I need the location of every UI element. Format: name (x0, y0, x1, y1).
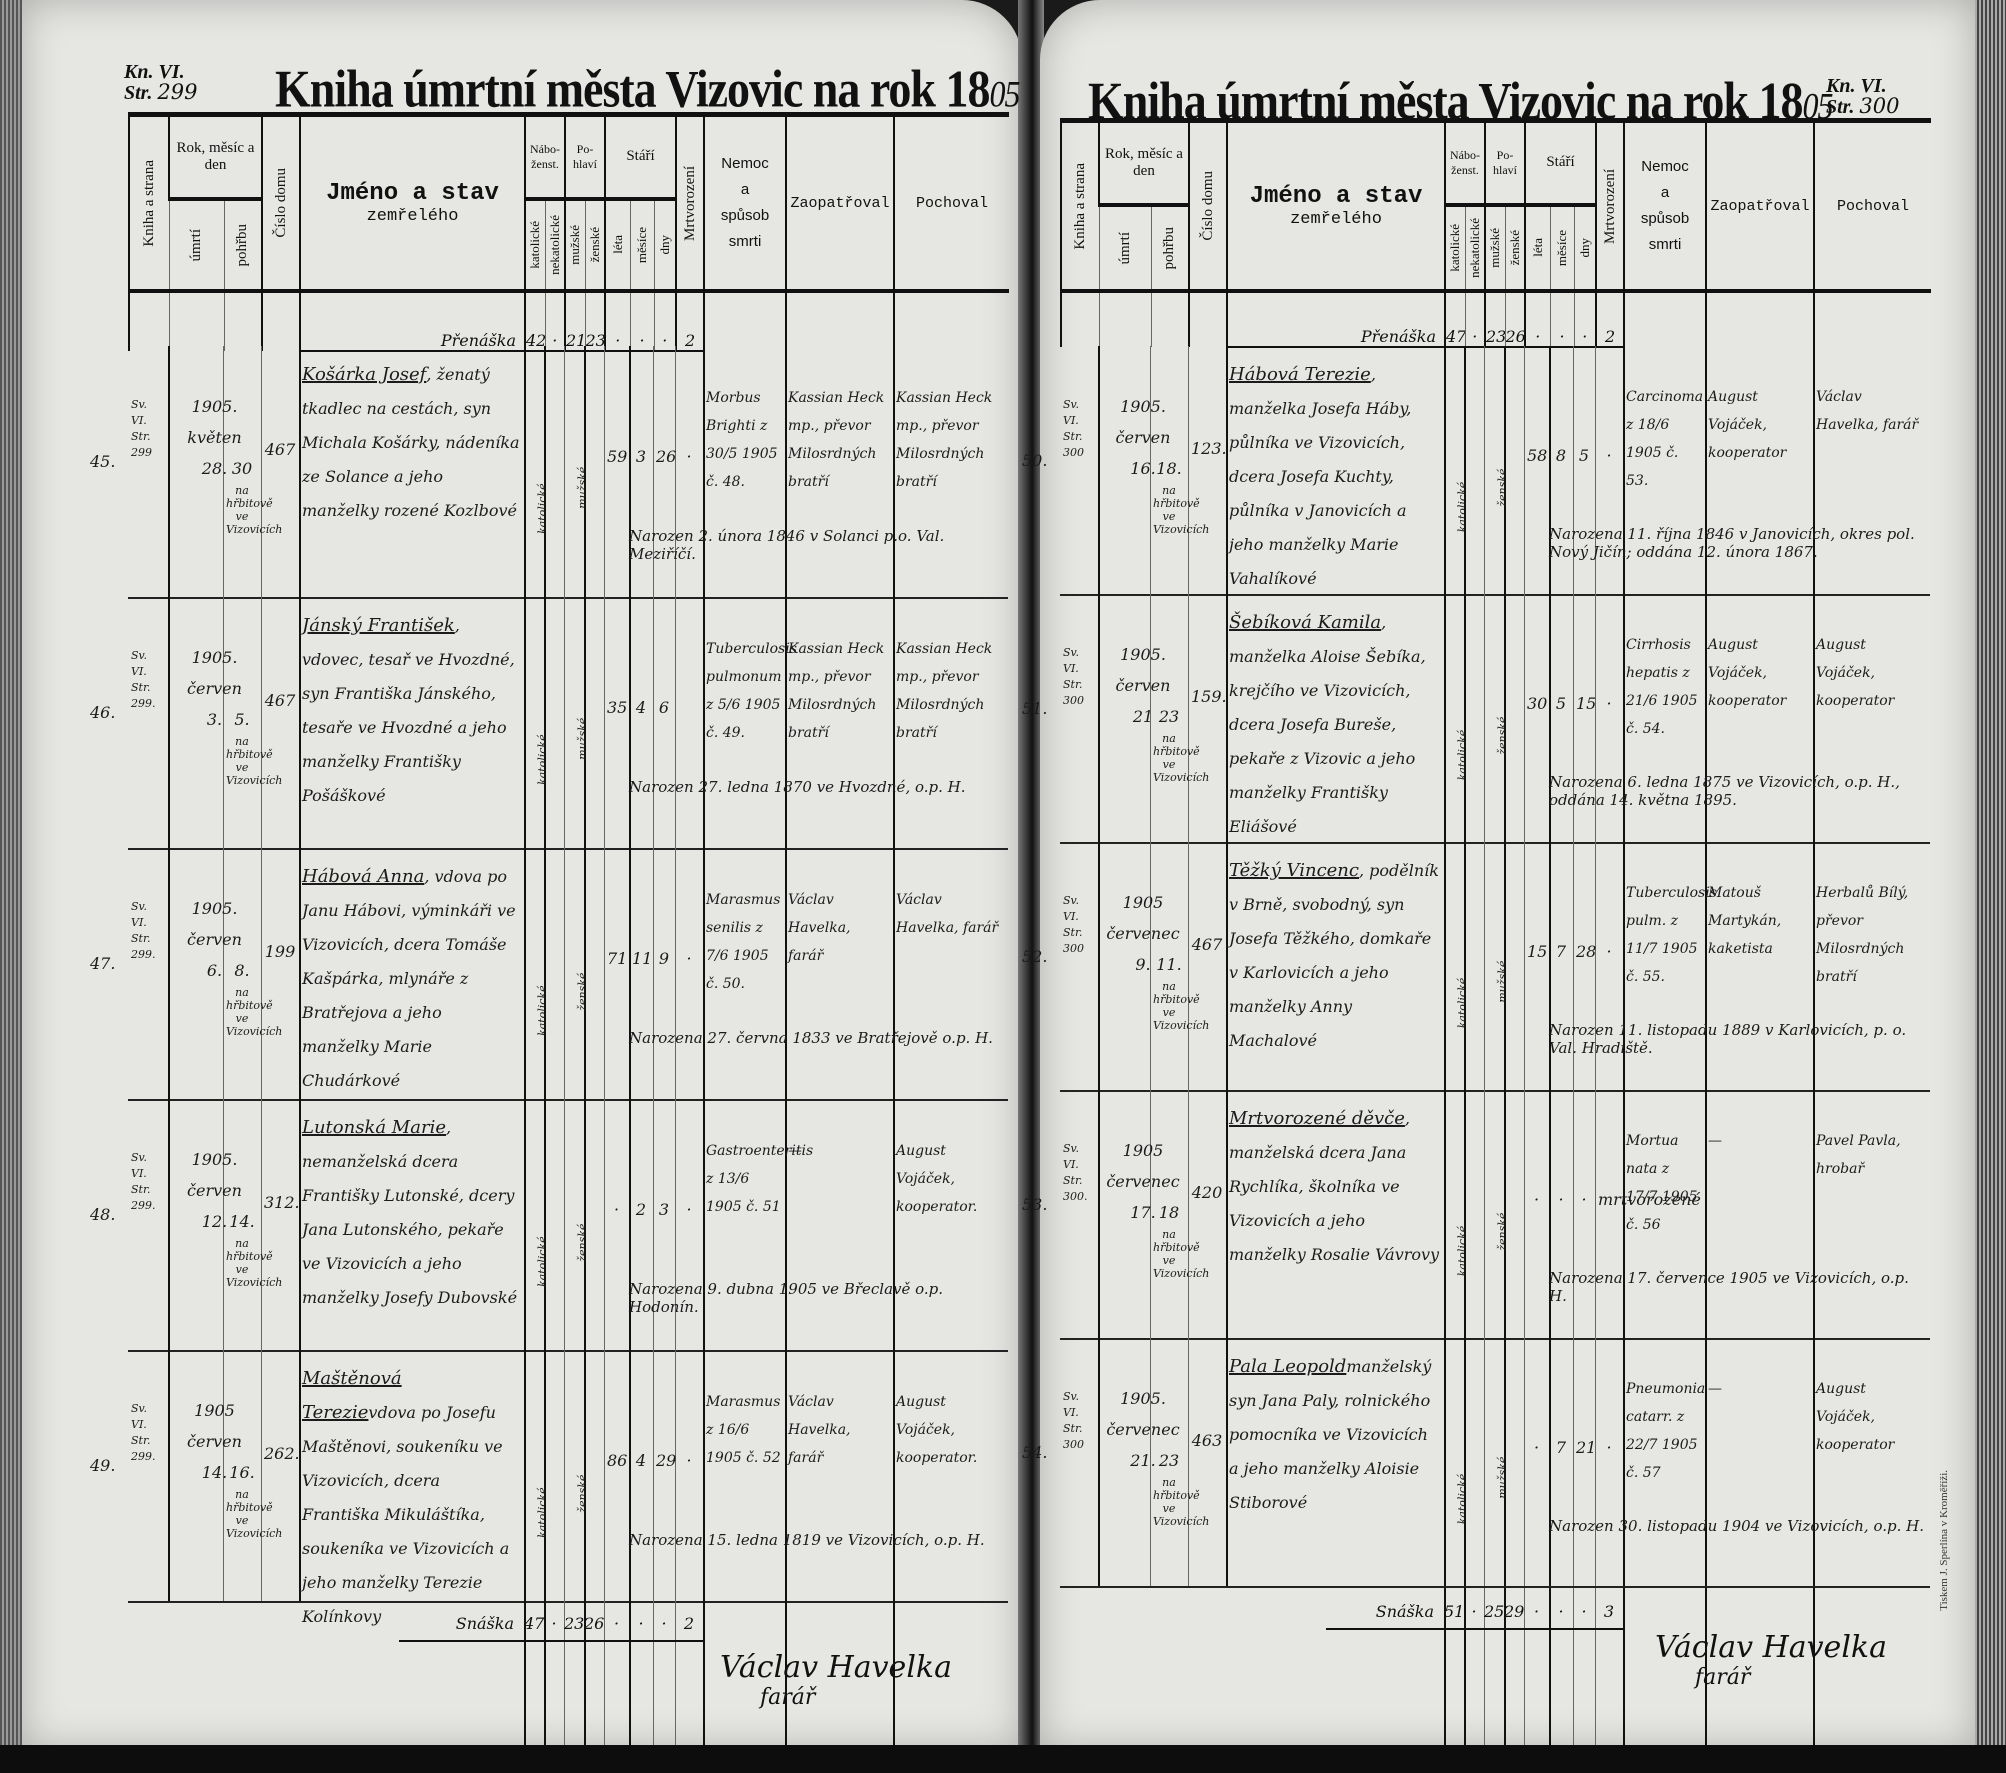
header-catholic: katolické (1447, 224, 1463, 272)
entry-cause: Pneumonia catarr. z 22/7 1905 č. 57 (1626, 1381, 1705, 1481)
entry-name: Těžký Vincenc (1229, 860, 1359, 881)
entry-religion: katolické (536, 986, 549, 1037)
header-provided: Zaopatřoval (786, 115, 894, 292)
header-burial: pohřbu (1161, 227, 1178, 270)
entry-age-years: 30 (1527, 694, 1547, 713)
entry-age-years: 86 (607, 1451, 627, 1470)
total-muzske: 23 (564, 1614, 584, 1633)
entry-stillborn: · (686, 1200, 691, 1219)
page-shadow (0, 1745, 2006, 1773)
header-provided: Zaopatřoval (1706, 121, 1814, 292)
entry-burial-day: 18 (1159, 1203, 1179, 1222)
entry-birth-note: Narozen 2. února 1846 v Solanci p.o. Val… (629, 527, 1008, 563)
entry-buried-by: Herbalů Bílý, převor Milosrdných bratří (1816, 885, 1908, 985)
entry-burial-place: na hřbitově ve Vizovicích (1153, 732, 1209, 784)
entry-provided-by: — (788, 1143, 802, 1159)
total-dny: · (653, 1614, 675, 1633)
entry-age-months: 4 (636, 698, 646, 717)
header-years: léta (610, 235, 626, 254)
entry-buried-by: Pavel Pavla, hrobař (1816, 1133, 1901, 1177)
entry-sex: mužské (1496, 1457, 1509, 1499)
entry-death-day: 28. (202, 459, 227, 478)
entry-death-day: 6. (207, 961, 222, 980)
total-mrtvorozeni: 3 (1595, 1602, 1623, 1621)
entry-house-number: 467 (265, 691, 296, 710)
carried-forward-label: Přenáška (300, 291, 525, 351)
entry-book-ref: Sv. VI. Str. 299. (131, 1151, 156, 1212)
header-date-group: Rok, měsíc a den (1099, 121, 1189, 205)
header-religion-group: Nábo- ženst. (525, 115, 565, 199)
entry-house-number: 467 (265, 440, 296, 459)
total-muzske: 25 (1484, 1602, 1504, 1621)
entry-provided-by: — (1708, 1381, 1722, 1397)
entry-religion: katolické (1456, 1225, 1469, 1276)
page-ref-label: Str. (1826, 96, 1854, 118)
entry-birth-note: Narozena 17. července 1905 ve Vizovicích… (1549, 1269, 1930, 1305)
entry-number: 54. (1022, 1443, 1047, 1462)
page-number: 299 (157, 80, 197, 104)
page-ref-label: Str. (124, 82, 152, 104)
entry-religion: katolické (1456, 977, 1469, 1028)
entry-death-day: 16. (1130, 459, 1155, 478)
header-stillborn: Mrtvorození (1602, 169, 1619, 244)
entry-name: Pala Leopold (1229, 1356, 1346, 1377)
entry-religion: katolické (536, 484, 549, 535)
entry-age-months: 5 (1556, 694, 1566, 713)
entry-birth-note: Narozena 6. ledna 1875 ve Vizovicích, o.… (1549, 773, 1930, 809)
entry-age-days: 5 (1579, 446, 1589, 465)
entry-age-days: 26 (656, 447, 676, 466)
entry-age-days: · (1581, 1190, 1586, 1209)
entry-status: , manželka Josefa Háby, půlníka ve Vizov… (1229, 365, 1411, 588)
entry-age-years: 59 (607, 447, 627, 466)
entry-number: 48. (90, 1205, 115, 1224)
header-age-group: Stáří (1525, 121, 1596, 205)
entry-death-day: 21. (1130, 1451, 1155, 1470)
entry-age-days: 3 (659, 1200, 669, 1219)
entry-cause: Carcinoma z 18/6 1905 č. 53. (1626, 389, 1703, 489)
entry-book-ref: Sv. VI. Str. 300 (1063, 646, 1084, 707)
entry-name: Hábová Terezie (1229, 364, 1371, 385)
book-ref: Kn. VI. (124, 62, 197, 82)
entry-sex: ženské (576, 1224, 589, 1262)
header-days: dny (657, 235, 673, 255)
entry-status: , vdova po Janu Hábovi, výminkáři ve Viz… (302, 867, 516, 1090)
header-cause: Nemoc (705, 151, 785, 177)
entry-house-number: 123. (1191, 439, 1227, 458)
entry-sex: ženské (1496, 469, 1509, 507)
entry-name: Šebíková Kamila (1229, 612, 1381, 633)
total-mesice: · (1549, 1602, 1573, 1621)
carried-forward-row: Přenáška 42 · 21 23 · · · 2 (129, 291, 1009, 351)
entry-age-days: 6 (659, 698, 669, 717)
entry-provided-by: — (1708, 1133, 1722, 1149)
total-leta: · (604, 1614, 629, 1633)
total-mesice: · (629, 1614, 653, 1633)
entry-house-number: 420 (1192, 1183, 1223, 1202)
entry-status: , nemanželská dcera Františky Lutonské, … (302, 1118, 517, 1307)
header-house: Číslo domu (1200, 171, 1217, 241)
entry-religion: katolické (1456, 729, 1469, 780)
entry-status: , ženatý tkadlec na cestách, syn Michala… (302, 365, 520, 520)
entry-buried-by: Václav Havelka, farář (1816, 389, 1918, 433)
register-entry: 50.Sv. VI. Str. 3001905.červen16.18.na h… (1060, 346, 1930, 596)
entry-death-day: 21 (1133, 707, 1153, 726)
entry-burial-place: na hřbitově ve Vizovicích (226, 1237, 282, 1289)
right-register-table: Kniha a strana Rok, měsíc a den Číslo do… (1060, 118, 1931, 348)
entry-age-years: 35 (607, 698, 627, 717)
entry-cause: Cirrhosis hepatis z 21/6 1905 č. 54. (1626, 637, 1698, 737)
entry-status: , manželka Aloise Šebíka, krejčího ve Vi… (1229, 613, 1426, 836)
header-name: Jméno a stav (301, 180, 524, 207)
entry-age-months: 3 (636, 447, 646, 466)
total-dny: · (1573, 1602, 1595, 1621)
entry-buried-by: Kassian Heck mp., převor Milosrdných bra… (896, 641, 992, 741)
carried-forward-row: Přenáška 47 · 23 26 · · · 2 (1061, 291, 1931, 347)
entry-status: , manželská dcera Jana Rychlíka, školník… (1229, 1109, 1439, 1264)
header-cause: Nemoc (1625, 154, 1705, 180)
entry-book-ref: Sv. VI. Str. 299 (131, 398, 152, 459)
entry-provided-by: Kassian Heck mp., převor Milosrdných bra… (788, 641, 884, 741)
entry-name: Jánský František (302, 615, 455, 636)
left-register-table: Kniha a strana Rok, měsíc a den Číslo do… (128, 112, 1009, 352)
entry-name: Mrtvorozené děvče (1229, 1108, 1405, 1129)
entry-provided-by: Kassian Heck mp., převor Milosrdných bra… (788, 390, 884, 490)
entry-buried-by: August Vojáček, kooperator. (896, 1143, 977, 1215)
entry-book-ref: Sv. VI. Str. 300 (1063, 894, 1084, 955)
entry-age-days: 28 (1576, 942, 1596, 961)
entry-provided-by: Matouš Martykán, kaketista (1708, 885, 1781, 957)
book-edge-right (1975, 0, 2006, 1773)
entry-death-day: 3. (207, 710, 222, 729)
entry-provided-by: August Vojáček, kooperator (1708, 389, 1786, 461)
header-male: mužské (1487, 228, 1503, 268)
header-years: léta (1530, 238, 1546, 257)
header-stillborn: Mrtvorození (682, 166, 699, 241)
right-page-reference: Kn. VI. Str. 300 (1826, 76, 1899, 117)
entry-religion: katolické (536, 1488, 549, 1539)
entry-provided-by: Václav Havelka, farář (788, 1394, 851, 1466)
total-leta: · (1524, 1602, 1549, 1621)
entry-name: Hábová Anna (302, 866, 424, 887)
entry-number: 51. (1022, 699, 1047, 718)
header-sex-group: Po- hlaví (1485, 121, 1525, 205)
total-nekatolicke: · (1464, 1602, 1484, 1621)
entry-sex: ženské (576, 973, 589, 1011)
entry-number: 52. (1022, 947, 1047, 966)
total-mrtvorozeni: 2 (675, 1614, 703, 1633)
entry-sex: ženské (1496, 717, 1509, 755)
entry-birth-note: Narozena 15. ledna 1819 ve Vizovicích, o… (629, 1531, 1008, 1549)
printer-imprint: Tiskem J. Sperlína v Kroměříži. (1938, 1470, 1950, 1611)
right-signature: Václav Havelka farář (1655, 1630, 1887, 1690)
header-burial: pohřbu (234, 224, 251, 267)
entry-book-ref: Sv. VI. Str. 299. (131, 1402, 156, 1463)
header-death: úmrtí (1117, 232, 1134, 265)
header-days: dny (1577, 238, 1593, 258)
header-buried: Pochoval (1814, 121, 1931, 292)
entry-age-months: 2 (636, 1200, 646, 1219)
entry-age-days: 29 (656, 1451, 676, 1470)
entry-religion: katolické (1456, 1473, 1469, 1524)
header-name-sub: zemřelého (1228, 210, 1444, 229)
entry-stillborn: · (1606, 942, 1611, 961)
left-signature: Václav Havelka farář (720, 1650, 952, 1710)
entry-age-years: · (1534, 1190, 1539, 1209)
register-entry: 51.Sv. VI. Str. 3001905.červen2123na hřb… (1060, 594, 1930, 844)
entry-burial-day: 23 (1159, 707, 1179, 726)
entry-death-day: 17. (1130, 1203, 1155, 1222)
entry-cause: Marasmus z 16/6 1905 č. 52 (706, 1394, 781, 1466)
entry-cause: Tuberculosis pulm. z 11/7 1905 č. 55. (1626, 885, 1717, 985)
entry-house-number: 467 (1192, 935, 1223, 954)
entry-stillborn: · (1606, 446, 1611, 465)
total-label: Snáška (299, 1614, 524, 1633)
entry-burial-day: 16. (229, 1463, 254, 1482)
total-zenske: 26 (584, 1614, 604, 1633)
entry-book-ref: Sv. VI. Str. 300. (1063, 1142, 1088, 1203)
entry-birth-note: Narozen 11. listopadu 1889 v Karlovicích… (1549, 1021, 1930, 1057)
entry-buried-by: August Vojáček, kooperator (1816, 637, 1894, 709)
year-handwritten: 05 (990, 73, 1020, 114)
entry-number: 50. (1022, 451, 1047, 470)
entry-provided-by: August Vojáček, kooperator (1708, 637, 1786, 709)
entry-birth-note: Narozena 9. dubna 1905 ve Břeclavě o.p. … (629, 1280, 1008, 1316)
entry-burial-day: 30 (232, 459, 252, 478)
header-catholic: katolické (527, 221, 543, 269)
header-name-sub: zemřelého (301, 207, 524, 226)
header-age-group: Stáří (605, 115, 676, 199)
register-entry: 46.Sv. VI. Str. 299.1905.červen3.5.na hř… (128, 597, 1008, 850)
entry-burial-place: na hřbitově ve Vizovicích (1153, 1228, 1209, 1280)
header-months: měsíce (634, 227, 650, 263)
header-sex-group: Po- hlaví (565, 115, 605, 199)
header-noncatholic: nekatolické (1467, 218, 1483, 278)
register-entry: 54.Sv. VI. Str. 3001905.červenec21.23na … (1060, 1338, 1930, 1588)
entry-buried-by: Václav Havelka, farář (896, 892, 998, 936)
entry-burial-day: 14. (229, 1212, 254, 1231)
register-entry: 47.Sv. VI. Str. 299.1905.červen6.8.na hř… (128, 848, 1008, 1101)
entry-death-day: 14. (202, 1463, 227, 1482)
entry-house-number: 312. (264, 1193, 300, 1212)
entry-age-days: 9 (659, 949, 669, 968)
entry-sex: ženské (576, 1475, 589, 1513)
left-page-reference: Kn. VI. Str. 299 (124, 62, 197, 103)
entry-buried-by: August Vojáček, kooperator. (896, 1394, 977, 1466)
header-death: úmrtí (188, 229, 205, 262)
entry-cause: Tuberculosis pulmonum z 5/6 1905 č. 49. (706, 641, 797, 741)
header-book-page: Kniha a strana (1072, 163, 1089, 250)
entry-number: 46. (90, 703, 115, 722)
entry-age-years: 58 (1527, 446, 1547, 465)
register-entry: 52.Sv. VI. Str. 3001905červenec9.11.na h… (1060, 842, 1930, 1092)
entry-status: vdova po Josefu Maštěnovi, soukeníku ve … (302, 1403, 509, 1626)
entry-number: 53. (1022, 1195, 1047, 1214)
entry-birth-note: Narozena 27. června 1833 ve Bratřejově o… (629, 1029, 1008, 1047)
register-entry: 45.Sv. VI. Str. 2991905.květen28.30na hř… (128, 346, 1008, 599)
entry-burial-place: na hřbitově ve Vizovicích (226, 1488, 282, 1540)
entry-burial-place: na hřbitově ve Vizovicích (1153, 484, 1209, 536)
entry-status: , vdovec, tesař ve Hvozdné, syn Františk… (302, 616, 515, 805)
entry-stillborn: · (1606, 694, 1611, 713)
entry-burial-day: 8. (234, 961, 249, 980)
total-katolicke: 51 (1444, 1602, 1464, 1621)
header-buried: Pochoval (894, 115, 1009, 292)
entry-stillborn: · (686, 447, 691, 466)
entry-stillborn: · (686, 1451, 691, 1470)
entry-death-day: 12. (202, 1212, 227, 1231)
entry-age-years: · (1534, 1438, 1539, 1457)
entry-death-day: 9. (1135, 955, 1150, 974)
page-number: 300 (1859, 94, 1899, 118)
entry-religion: katolické (1456, 481, 1469, 532)
left-page-title: Kniha úmrtní města Vizovic na rok 1805 (275, 58, 1020, 119)
entry-age-months: · (1558, 1190, 1563, 1209)
entry-book-ref: Sv. VI. Str. 299. (131, 649, 156, 710)
header-male: mužské (567, 225, 583, 265)
entry-book-ref: Sv. VI. Str. 300 (1063, 398, 1084, 459)
header-female: ženské (587, 227, 603, 262)
carried-forward-label: Přenáška (1227, 291, 1445, 347)
entry-status: manželský syn Jana Paly, rolnického pomo… (1229, 1357, 1431, 1512)
entry-sex: mužské (576, 718, 589, 760)
header-name: Jméno a stav (1228, 183, 1444, 210)
book-ref: Kn. VI. (1826, 76, 1899, 96)
entry-birth-note: Narozen 30. listopadu 1904 ve Vizovicích… (1549, 1517, 1930, 1535)
entry-stillborn: · (1606, 1438, 1611, 1457)
entry-age-years: 71 (607, 949, 627, 968)
entry-cause: Morbus Brighti z 30/5 1905 č. 48. (706, 390, 778, 490)
entry-burial-place: na hřbitově ve Vizovicích (1153, 1476, 1209, 1528)
entry-buried-by: Kassian Heck mp., převor Milosrdných bra… (896, 390, 992, 490)
entry-age-years: · (614, 1200, 619, 1219)
entry-age-days: 21 (1576, 1438, 1596, 1457)
entry-cause: Mortua nata z 17/7 1905 č. 56 (1626, 1133, 1698, 1233)
entry-religion: katolické (536, 735, 549, 786)
entry-house-number: 463 (1192, 1431, 1223, 1450)
header-female: ženské (1507, 230, 1523, 265)
header-house: Číslo domu (273, 168, 290, 238)
entry-number: 45. (90, 452, 115, 471)
entry-birth-note: Narozena 11. října 1846 v Janovicích, ok… (1549, 525, 1930, 561)
entry-age-months: 7 (1556, 942, 1566, 961)
entry-house-number: 159. (1191, 687, 1227, 706)
header-date-group: Rok, měsíc a den (169, 115, 262, 199)
entry-age-months: 4 (636, 1451, 646, 1470)
entry-age-months: 8 (1556, 446, 1566, 465)
entry-burial-day: 5. (234, 710, 249, 729)
total-zenske: 29 (1504, 1602, 1524, 1621)
entry-sex: ženské (1496, 1213, 1509, 1251)
entry-burial-day: 23 (1159, 1451, 1179, 1470)
entry-burial-place: na hřbitově ve Vizovicích (226, 484, 282, 536)
entry-burial-place: na hřbitově ve Vizovicích (226, 986, 282, 1038)
entry-burial-place: na hřbitově ve Vizovicích (1153, 980, 1209, 1032)
entry-status: , podělník v Brně, svobodný, syn Josefa … (1229, 861, 1439, 1050)
entry-sex: mužské (1496, 961, 1509, 1003)
entry-book-ref: Sv. VI. Str. 299. (131, 900, 156, 961)
entry-sex: mužské (576, 467, 589, 509)
entry-burial-place: na hřbitově ve Vizovicích (226, 735, 282, 787)
entry-age-months: 11 (632, 949, 652, 968)
entry-burial-day: 18. (1156, 459, 1181, 478)
header-noncatholic: nekatolické (547, 215, 563, 275)
total-katolicke: 47 (524, 1614, 544, 1633)
entry-provided-by: Václav Havelka, farář (788, 892, 851, 964)
header-months: měsíce (1554, 230, 1570, 266)
entry-book-ref: Sv. VI. Str. 300 (1063, 1390, 1084, 1451)
entry-age-years: 15 (1527, 942, 1547, 961)
entry-religion: katolické (536, 1237, 549, 1288)
entry-number: 49. (90, 1456, 115, 1475)
entry-number: 47. (90, 954, 115, 973)
entry-age-days: 15 (1576, 694, 1596, 713)
header-religion-group: Nábo- ženst. (1445, 121, 1485, 205)
entry-house-number: 199 (265, 942, 296, 961)
entry-name: Lutonská Marie (302, 1117, 446, 1138)
register-entry: 53.Sv. VI. Str. 300.1905červenec17.18na … (1060, 1090, 1930, 1340)
total-nekatolicke: · (544, 1614, 564, 1633)
entry-stillborn: · (686, 949, 691, 968)
entry-burial-day: 11. (1156, 955, 1181, 974)
register-entry: 49.Sv. VI. Str. 299.1905červen14.16.na h… (128, 1350, 1008, 1603)
entry-age-months: 7 (1556, 1438, 1566, 1457)
entry-house-number: 262. (264, 1444, 300, 1463)
entry-cause: Marasmus senilis z 7/6 1905 č. 50. (706, 892, 780, 992)
entry-birth-note: Narozen 27. ledna 1870 ve Hvozdné, o.p. … (629, 778, 1008, 796)
header-book-page: Kniha a strana (141, 160, 158, 247)
entry-buried-by: August Vojáček, kooperator (1816, 1381, 1894, 1453)
entry-name: Košárka Josef (302, 364, 426, 385)
total-label: Snáška (1226, 1602, 1444, 1621)
register-entry: 48.Sv. VI. Str. 299.1905.červen12.14.na … (128, 1099, 1008, 1352)
